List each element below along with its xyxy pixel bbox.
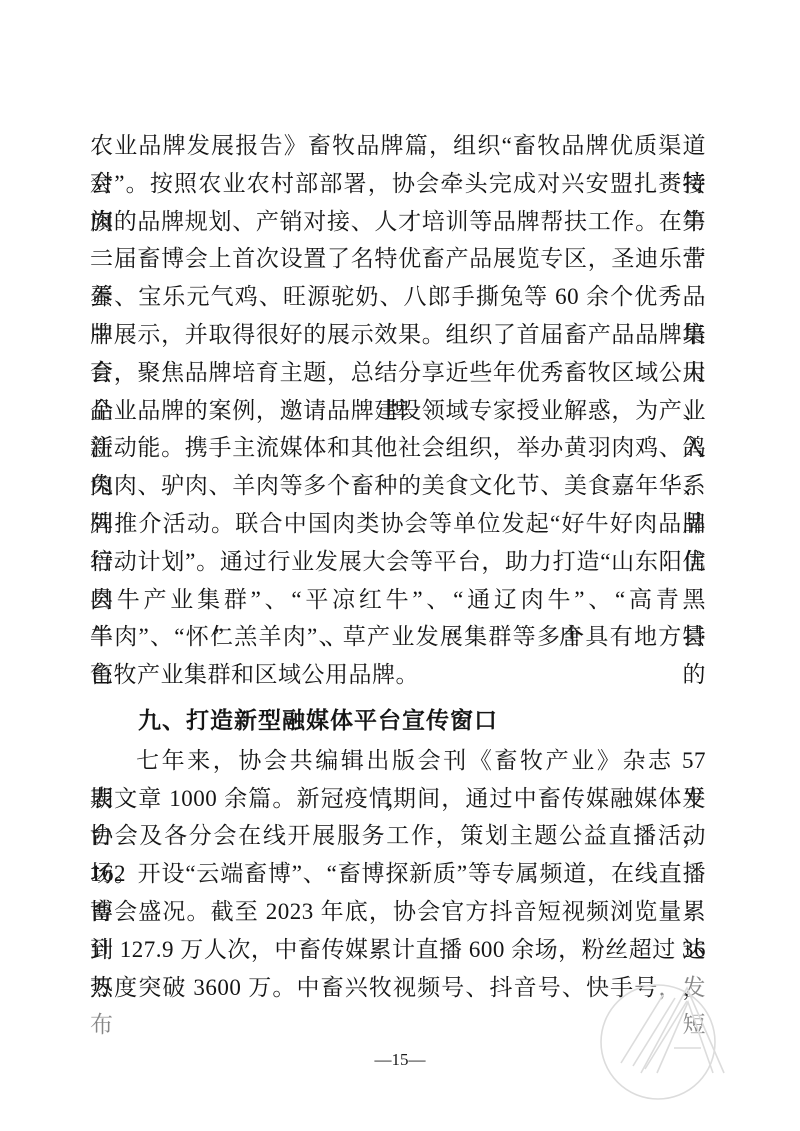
document-line: 中展示，并取得很好的展示效果。组织了首届畜产品品牌培育大 [90, 316, 706, 354]
document-line: 会”。按照农业农村部部署，协会牵头完成对兴安盟扎赉特旗牛 [90, 165, 706, 203]
document-line: 企业品牌的案例，邀请品牌建设领域专家授业解惑，为产业注入 [90, 392, 706, 430]
document-line: 会，聚焦品牌培育主题，总结分享近些年优秀畜牧区域公用品牌、 [90, 354, 706, 392]
document-line: 兔肉、驴肉、羊肉等多个畜种的美食文化节、美食嘉年华系列品 [90, 467, 706, 505]
document-line: 协会及各分会在线开展服务工作，策划主题公益直播活动 162 [90, 817, 706, 855]
document-line: 热度突破 3600 万。中畜兴牧视频号、抖音号、快手号，发布短 [90, 969, 706, 1007]
document-line: 到 127.9 万人次，中畜传媒累计直播 600 余场，粉丝超过 36 万， [90, 931, 706, 969]
document-body: 农业品牌发展报告》畜牧品牌篇，组织“畜牧品牌优质渠道对接会”。按照农业农村部部署… [90, 127, 706, 1006]
document-line: 牌推介活动。联合中国肉类协会等单位发起“好牛好肉品牌培优 [90, 505, 706, 543]
document-line: 农业品牌发展报告》畜牧品牌篇，组织“畜牧品牌优质渠道对接 [90, 127, 706, 165]
page-number: —15— [0, 1050, 800, 1070]
document-line: 肉的品牌规划、产销对接、人才培训等品牌帮扶工作。在第二十 [90, 203, 706, 241]
document-line: 博会盛况。截至 2023 年底，协会官方抖音短视频浏览量累计达 [90, 893, 706, 931]
document-line: 羊肉”、“怀仁羔羊肉”、草产业发展集群等多个具有地方特色的 [90, 618, 706, 656]
document-line: 行动计划”。通过行业发展大会等平台，助力打造“山东阳信县 [90, 543, 706, 581]
document-line: 蛋、宝乐元气鸡、旺源驼奶、八郎手撕兔等 60 余个优秀品牌集 [90, 278, 706, 316]
document-line: 肉牛产业集群”、“平凉红牛”、“通辽肉牛”、“高青黑牛”、“唐县 [90, 581, 706, 619]
document-line: 一届畜博会上首次设置了名特优畜产品展览专区，圣迪乐营养 [90, 240, 706, 278]
line-text: 畜牧产业集群和区域公用品牌。 [90, 662, 419, 687]
document-line: 新动能。携手主流媒体和其他社会组织，举办黄羽肉鸡、鸽肉、 [90, 429, 706, 467]
line-text: 九、打造新型融媒体平台宣传窗口 [138, 707, 498, 733]
line-text: 热度突破 3600 万。中畜兴牧视频号、抖音号、快手号 [90, 975, 658, 1000]
document-line: 场。开设“云端畜博”、“畜博探新质”等专属频道，在线直播畜 [90, 855, 706, 893]
document-line: 七年来，协会共编辑出版会刊《畜牧产业》杂志 57 期，发 [90, 742, 706, 780]
document-page: 农业品牌发展报告》畜牧品牌篇，组织“畜牧品牌优质渠道对接会”。按照农业农村部部署… [0, 0, 800, 1131]
document-line: 表文章 1000 余篇。新冠疫情期间，通过中畜传媒融媒体平台， [90, 780, 706, 818]
section-heading: 九、打造新型融媒体平台宣传窗口 [90, 702, 706, 740]
